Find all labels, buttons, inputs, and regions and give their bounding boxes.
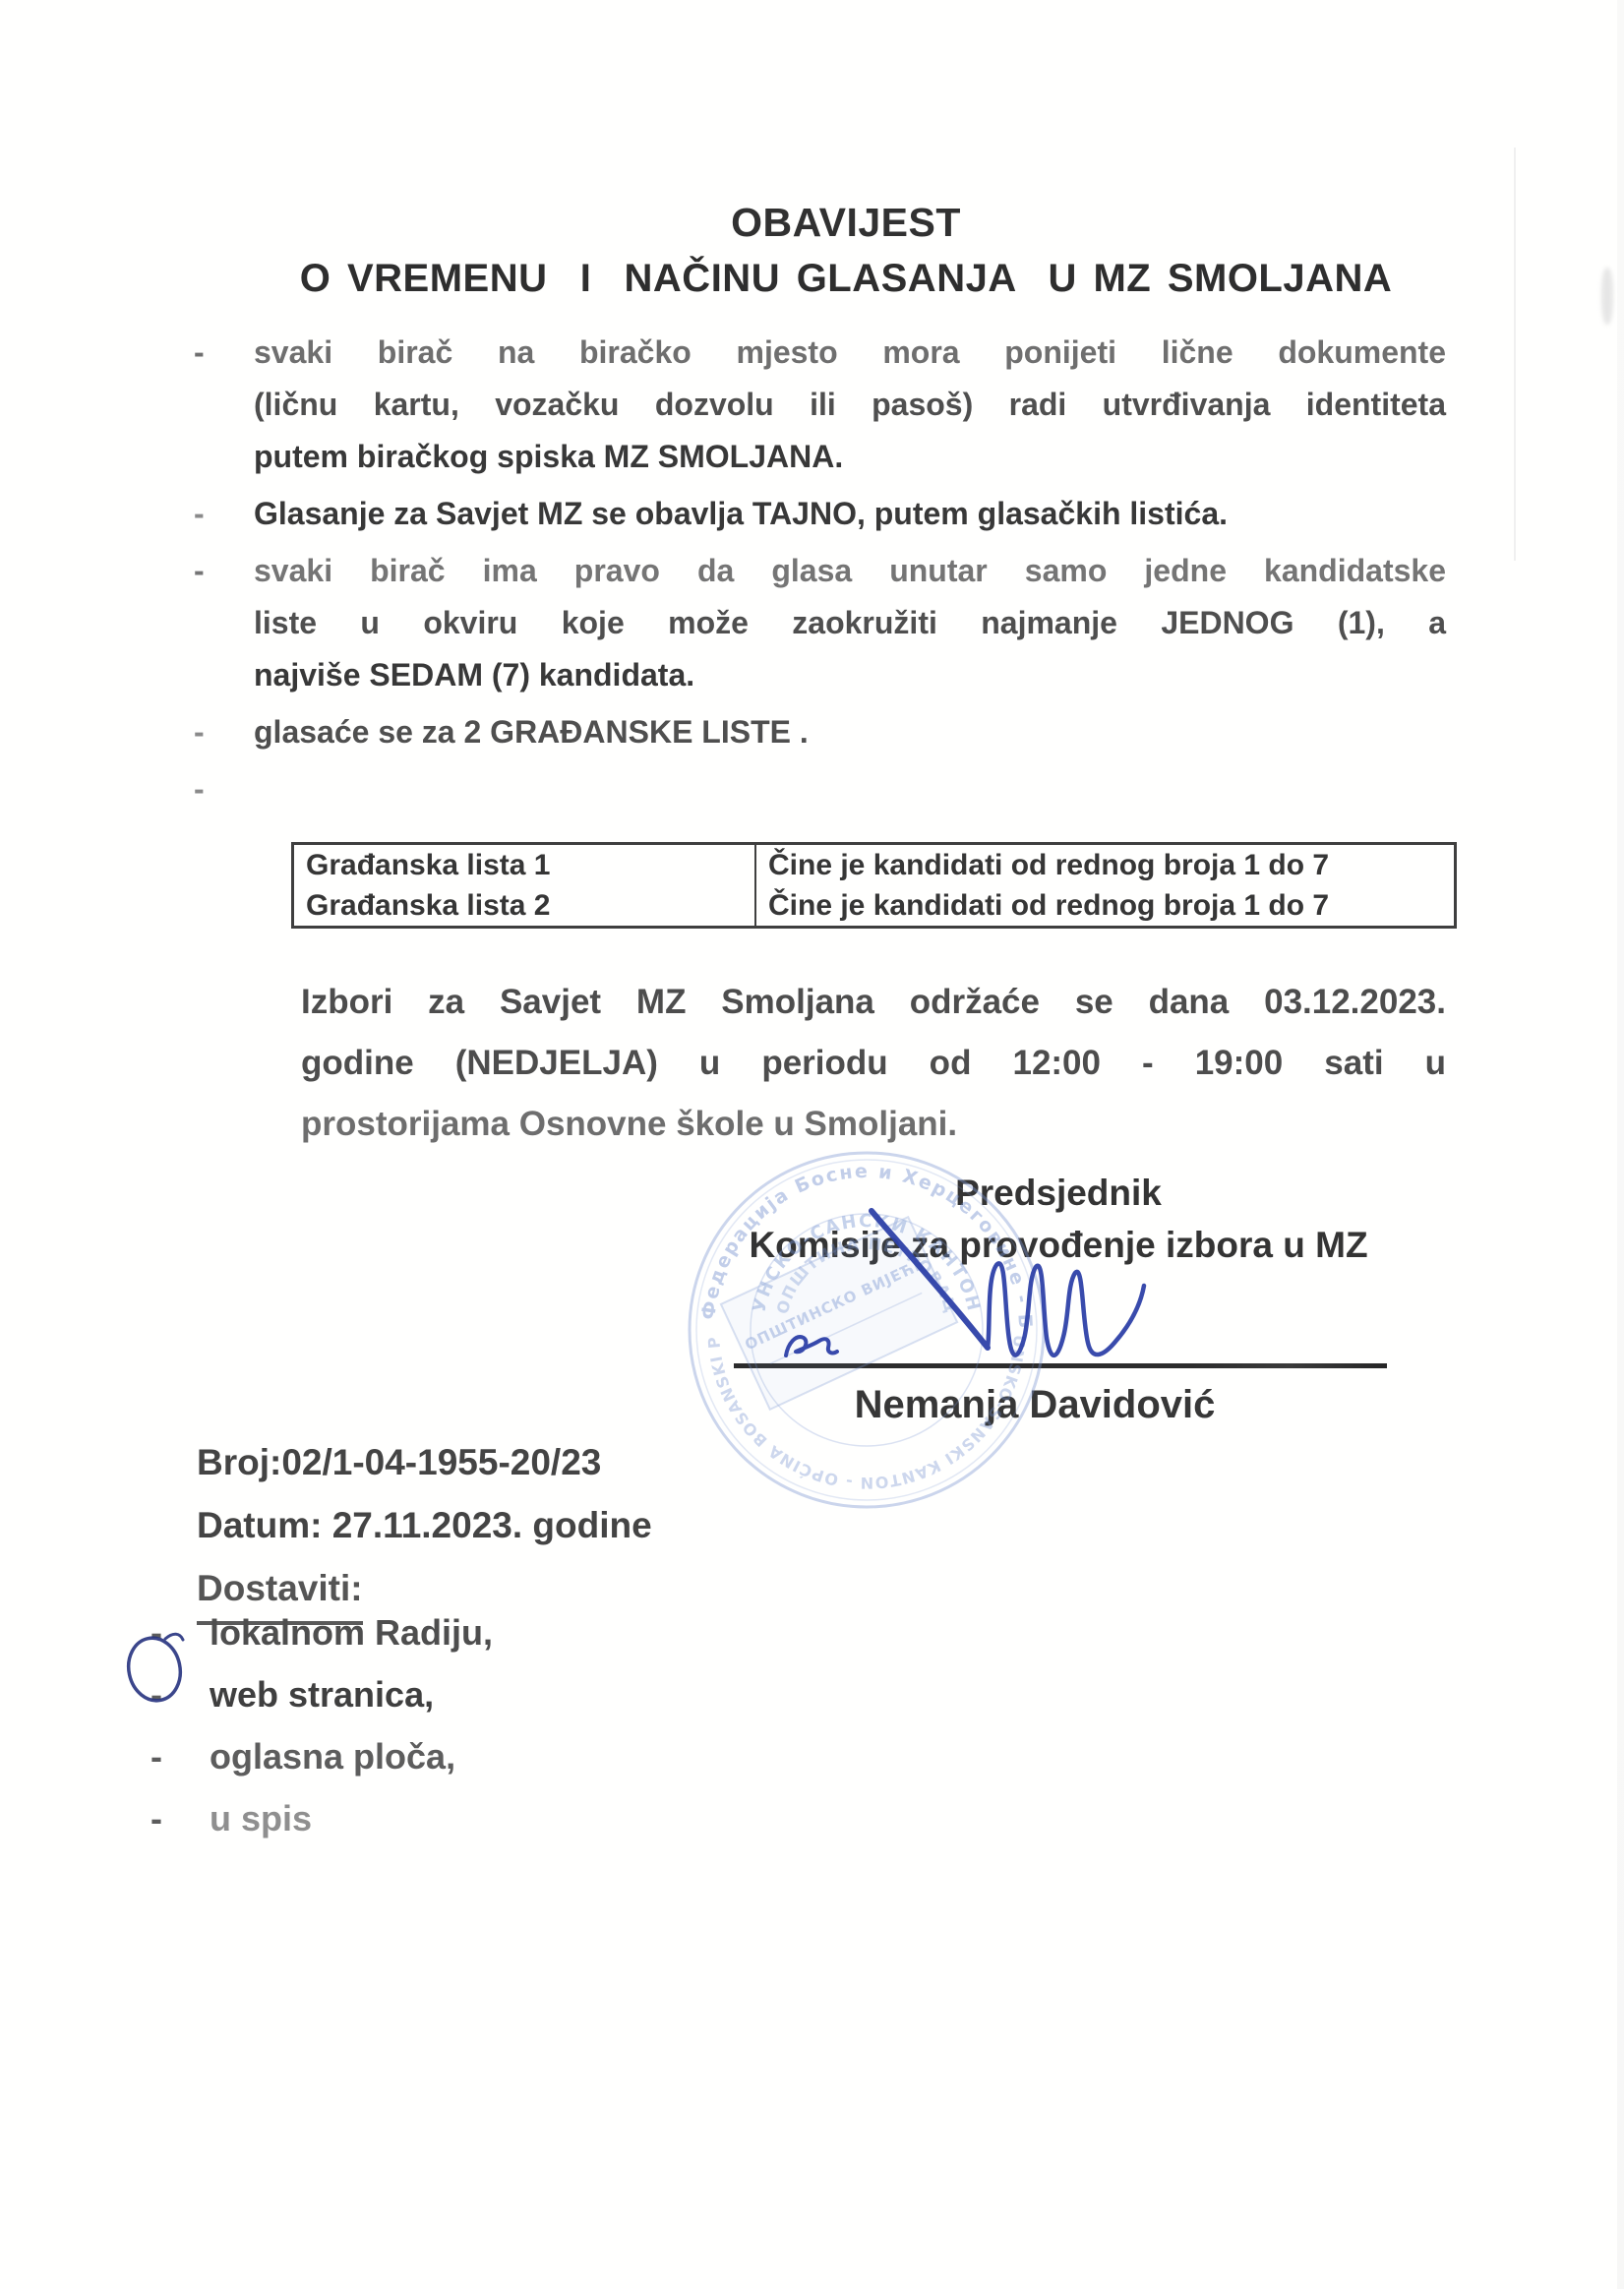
deliver-text: lokalnom Radiju, bbox=[210, 1601, 493, 1663]
paragraph-line: prostorijama Osnovne škole u Smoljani. bbox=[301, 1094, 1446, 1155]
table-row: Građanska lista 1 Čine je kandidati od r… bbox=[293, 844, 1456, 886]
scanned-document-page: OBAVIJEST O VREMENU I NAČINU GLASANJA U … bbox=[0, 0, 1624, 2289]
bullet-text-line: (ličnu kartu, vozačku dozvolu ili pasoš)… bbox=[254, 379, 1446, 431]
table-cell-list-name: Građanska lista 2 bbox=[293, 885, 756, 928]
deliver-item: - web stranica, bbox=[143, 1663, 831, 1725]
deliver-text: web stranica, bbox=[210, 1663, 434, 1725]
deliver-marker: - bbox=[143, 1663, 210, 1725]
signature-line bbox=[734, 1363, 1387, 1368]
deliver-item: - u spis bbox=[143, 1787, 831, 1849]
signer-name: Nemanja Davidović bbox=[704, 1383, 1365, 1427]
bullet-text-line: liste u okviru koje može zaokružiti najm… bbox=[254, 597, 1446, 649]
paragraph-line: godine (NEDJELJA) u periodu od 12:00 - 1… bbox=[301, 1033, 1446, 1094]
bullet-text-line: najviše SEDAM (7) kandidata. bbox=[254, 649, 1446, 701]
bullet-marker: - bbox=[194, 763, 254, 815]
bullet-text-line: svaki birač ima pravo da glasa unutar sa… bbox=[254, 545, 1446, 597]
signer-role-line2: Komisije za provođenje izbora u MZ bbox=[728, 1219, 1389, 1271]
deliver-list: - lokalnom Radiju, - web stranica, - ogl… bbox=[143, 1601, 831, 1849]
document-subtitle: O VREMENU I NAČINU GLASANJA U MZ SMOLJAN… bbox=[207, 257, 1485, 301]
doc-date: Datum: 27.11.2023. godine bbox=[197, 1494, 652, 1557]
deliver-text: u spis bbox=[210, 1787, 312, 1849]
bullet-item: - glasaće se za 2 GRAĐANSKE LISTE . bbox=[194, 706, 1446, 758]
scan-smudge bbox=[1601, 268, 1613, 325]
paragraph-line: Izbori za Savjet MZ Smoljana održaće se … bbox=[301, 972, 1446, 1033]
bullet-item: - svaki birač na biračko mjesto mora pon… bbox=[194, 327, 1446, 483]
deliver-marker: - bbox=[143, 1725, 210, 1787]
table-cell-list-name: Građanska lista 1 bbox=[293, 844, 756, 886]
document-meta: Broj:02/1-04-1955-20/23 Datum: 27.11.202… bbox=[197, 1431, 652, 1625]
deliver-item: - lokalnom Radiju, bbox=[143, 1601, 831, 1663]
signer-role-line1: Predsjednik bbox=[728, 1167, 1389, 1219]
bullet-marker: - bbox=[194, 545, 254, 701]
bullet-text-line: svaki birač na biračko mjesto mora ponij… bbox=[254, 327, 1446, 379]
candidate-lists-table: Građanska lista 1 Čine je kandidati od r… bbox=[291, 842, 1457, 929]
signer-role: Predsjednik Komisije za provođenje izbor… bbox=[728, 1167, 1389, 1271]
deliver-item: - oglasna ploča, bbox=[143, 1725, 831, 1787]
document-title: OBAVIJEST bbox=[207, 200, 1485, 246]
election-info-paragraph: Izbori za Savjet MZ Smoljana održaće se … bbox=[301, 972, 1446, 1155]
scan-streak bbox=[1514, 148, 1516, 561]
bullet-text-line: glasaće se za 2 GRAĐANSKE LISTE . bbox=[254, 706, 1446, 758]
bullet-text-line: Glasanje za Savjet MZ se obavlja TAJNO, … bbox=[254, 488, 1446, 540]
bullet-marker: - bbox=[194, 327, 254, 483]
table-row: Građanska lista 2 Čine je kandidati od r… bbox=[293, 885, 1456, 928]
bullet-list: - svaki birač na biračko mjesto mora pon… bbox=[194, 327, 1446, 820]
deliver-marker: - bbox=[143, 1787, 210, 1849]
bullet-text-line: putem biračkog spiska MZ SMOLJANA. bbox=[254, 431, 1446, 483]
bullet-item: - svaki birač ima pravo da glasa unutar … bbox=[194, 545, 1446, 701]
bullet-marker: - bbox=[194, 706, 254, 758]
scan-edge-shadow bbox=[1617, 0, 1624, 2289]
doc-number: Broj:02/1-04-1955-20/23 bbox=[197, 1431, 652, 1494]
table-cell-list-desc: Čine je kandidati od rednog broja 1 do 7 bbox=[755, 844, 1456, 886]
bullet-marker: - bbox=[194, 488, 254, 540]
bullet-item: - Glasanje za Savjet MZ se obavlja TAJNO… bbox=[194, 488, 1446, 540]
table-cell-list-desc: Čine je kandidati od rednog broja 1 do 7 bbox=[755, 885, 1456, 928]
deliver-text: oglasna ploča, bbox=[210, 1725, 455, 1787]
bullet-item: - bbox=[194, 763, 1446, 815]
deliver-marker: - bbox=[143, 1601, 210, 1663]
